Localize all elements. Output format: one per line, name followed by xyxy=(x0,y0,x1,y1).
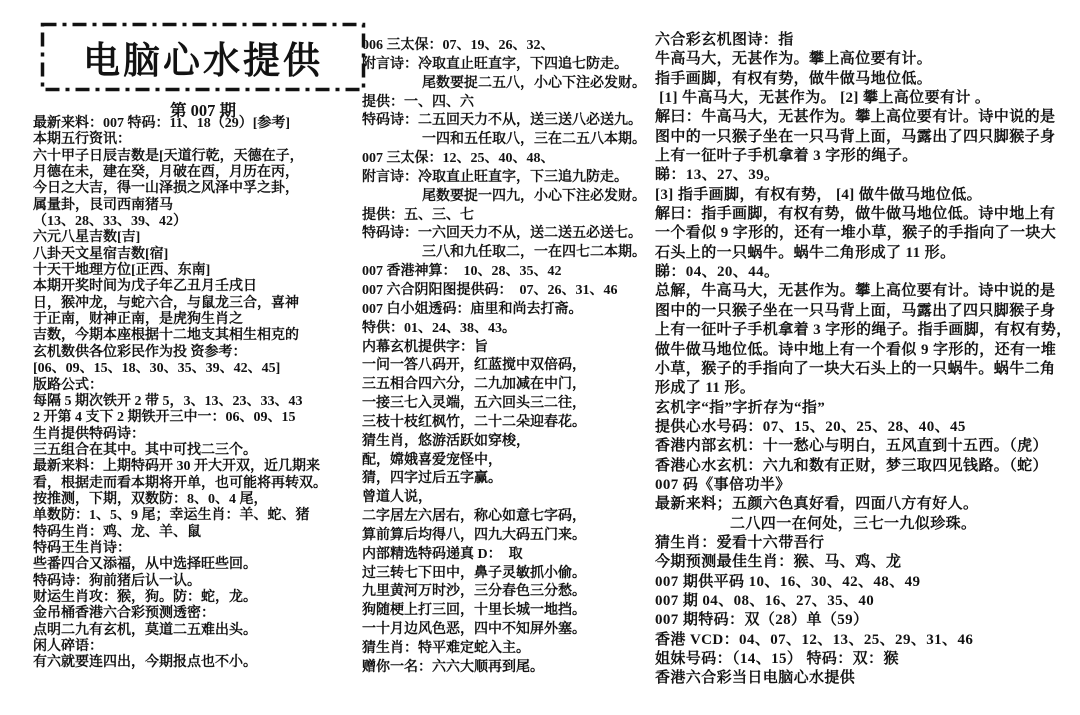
text-line: 牛高马大，无甚作为。攀上高位要有计。 xyxy=(655,50,1079,69)
text-line: 睇：04、20、44。 xyxy=(655,263,1079,282)
text-line: 版路公式： xyxy=(33,378,363,394)
text-line: 十天干地理方位[正西、东南] xyxy=(33,263,363,279)
text-line: 图中的一只猴子坐在一只马背上面，马露出了四只脚猴子身 xyxy=(655,302,1079,321)
text-line: 特码诗：二五回天力不从，送三送八必送九。 xyxy=(362,112,658,131)
text-line: 最新来料：上期特码开 30 开大开双，近几期来 xyxy=(33,459,363,475)
text-line: 每隔 5 期次铁开 2 带 5，3、13、23、33、43 xyxy=(33,394,363,410)
lottery-tip-sheet: 电脑心水提供 第 007 期 最新来料：007 特码：11、18（29）[参考]… xyxy=(0,0,1080,715)
text-line: 附言诗：冷取直止旺直字，下四追七防走。 xyxy=(362,56,658,75)
text-line: 按推测，下期，双数防：8、0、4 尾， xyxy=(33,492,363,508)
text-line: 今日之大吉，得一山泽损之风泽中孚之卦， xyxy=(33,181,363,197)
text-line: 看，根据走而看本期将开单，也可能将再转双。 xyxy=(33,476,363,492)
text-line: 香港心水玄机：六九和数有正财，梦三取四见钱路。（蛇） xyxy=(655,457,1079,476)
text-line: 于正南，财神正南，是虎狗生肖之 xyxy=(33,312,363,328)
text-line: 石头上的一只蜗牛。蜗牛二角形成了 11 形。 xyxy=(655,244,1079,263)
page-title: 电脑心水提供 xyxy=(40,22,366,92)
text-line: 007 期供平码 10、16、30、42、48、49 xyxy=(655,573,1079,592)
text-line: 指手画脚，有权有势，做牛做马地位低。 xyxy=(655,70,1079,89)
text-line: 一四和五任取八，三在二五八本期。 xyxy=(362,131,658,150)
text-line: 赠你一名：六六大顺再到尾。 xyxy=(362,659,658,678)
text-line: 点明二九有玄机，莫道二五难出头。 xyxy=(33,623,363,639)
text-line: 姐妹号码：（14、15） 特码：双：猴 xyxy=(655,650,1079,669)
text-line: 属量卦，艮司西南猪马 xyxy=(33,198,363,214)
text-line: 闲人碎语： xyxy=(33,639,363,655)
text-line: 二字居左六居右，称心如意七字码， xyxy=(362,508,658,527)
text-line: 最新来料；五颜六色真好看，四面八方有好人。 xyxy=(655,495,1079,514)
text-line: 九里黄河万时沙，三分春色三分愁。 xyxy=(362,583,658,602)
text-line: 猜生肖：特平难定蛇入主。 xyxy=(362,640,658,659)
text-line: 吉数，今期本座根据十二地支其相生相克的 xyxy=(33,328,363,344)
text-line: 算前算后均得八，四九大码五门来。 xyxy=(362,527,658,546)
text-line: 形成了 11 形。 xyxy=(655,379,1079,398)
text-line: 玄机字“指”字折存为“指” xyxy=(655,399,1079,418)
text-line: 猜，四字过后五字赢。 xyxy=(362,470,658,489)
text-line: 内幕玄机提供字：旨 xyxy=(362,339,658,358)
text-line: 做牛做马地位低。诗中地上有一个看似 9 字形的，还有一堆 xyxy=(655,341,1079,360)
text-line: 三八和九任取二，一在四七二本期。 xyxy=(362,244,658,263)
text-line: [06、09、15、18、30、35、39、42、45] xyxy=(33,361,363,377)
text-line: 八卦天文星宿吉数[宿] xyxy=(33,247,363,263)
text-line: 香港 VCD：04、07、12、13、25、29、31、46 xyxy=(655,631,1079,650)
text-line: 金吊桶香港六合彩预测透密： xyxy=(33,606,363,622)
text-line: 上有一征叶子手机拿着 3 字形的绳子。 xyxy=(655,147,1079,166)
text-line: 三五组合在其中。其中可找二三个。 xyxy=(33,443,363,459)
text-line: 一接三七入灵端，五六回头三二往， xyxy=(362,395,658,414)
text-line: 上有一征叶子手机拿着 3 字形的绳子。指手画脚，有权有势， xyxy=(655,321,1079,340)
text-line: 007 期 04、08、16、27、35、40 xyxy=(655,592,1079,611)
text-line: 特供：01、24、38、43。 xyxy=(362,320,658,339)
text-line: 六元八星吉数[吉] xyxy=(33,230,363,246)
text-line: 月德在未，建在癸，月破在酉，月历在丙， xyxy=(33,165,363,181)
text-line: 六十甲子日辰吉数是[天道行乾，天德在子， xyxy=(33,149,363,165)
text-line: 解曰：指手画脚，有权有势，做牛做马地位低。诗中地上有 xyxy=(655,205,1079,224)
text-line: 本期开奖时间为戊子年乙丑月壬戌日 xyxy=(33,279,363,295)
text-line: 006 三太保：07、19、26、32、 xyxy=(362,37,658,56)
text-line: 配，嫦娥喜爱宠怪中， xyxy=(362,452,658,471)
text-line: 2 开第 4 支下 2 期铁开三中一：06、09、15 xyxy=(33,410,363,426)
text-line: 007 六合阴阳图提供码： 07、26、31、46 xyxy=(362,282,658,301)
text-line: 007 白小姐透码：庙里和尚去打斋。 xyxy=(362,301,658,320)
text-line: 一个看似 9 字形的，还有一堆小草，猴子的手指向了一块大 xyxy=(655,224,1079,243)
text-line: 一十月边风色恶，四中不知屏外塞。 xyxy=(362,621,658,640)
text-line: 六合彩玄机图诗：指 xyxy=(655,31,1079,50)
text-line: 007 码《事倍功半》 xyxy=(655,476,1079,495)
middle-column-text: 006 三太保：07、19、26、32、附言诗：冷取直止旺直字，下四追七防走。尾… xyxy=(362,37,658,678)
text-line: 睇：13、27、39。 xyxy=(655,166,1079,185)
text-line: 尾数要捉一四九，小心下注必发财。 xyxy=(362,188,658,207)
text-line: 一问一答八码开，红蓝搅中双倍码， xyxy=(362,357,658,376)
text-line: 尾数要捉二五八，小心下注必发财。 xyxy=(362,75,658,94)
text-line: 今期预测最佳生肖：猴、马、鸡、龙 xyxy=(655,553,1079,572)
text-line: 日，猴冲龙，与蛇六合，与鼠龙三合，喜神 xyxy=(33,296,363,312)
text-line: 财运生肖攻：猴，狗。防：蛇，龙。 xyxy=(33,590,363,606)
text-line: 本期五行资讯： xyxy=(33,132,363,148)
text-line: 些番四合又添福，从中选择旺些回。 xyxy=(33,557,363,573)
text-line: 三枝十枝红枫竹，二十二朵迎春花。 xyxy=(362,414,658,433)
text-line: 提供：一、四、六 xyxy=(362,94,658,113)
text-line: 猜生肖，悠游活跃如穿梭， xyxy=(362,433,658,452)
text-line: 香港六合彩当日电脑心水提供 xyxy=(655,669,1079,688)
text-line: 解曰：牛高马大，无甚作为。攀上高位要有计。诗中说的是 xyxy=(655,108,1079,127)
text-line: 图中的一只猴子坐在一只马背上面，马露出了四只脚猴子身 xyxy=(655,128,1079,147)
text-line: 特码生肖：鸡、龙、羊、鼠 xyxy=(33,525,363,541)
text-line: 附言诗：冷取直止旺直字，下三追九防走。 xyxy=(362,169,658,188)
text-line: 单数防：1、5、9 尾；幸运生肖：羊、蛇、猪 xyxy=(33,508,363,524)
text-line: 特码王生肖诗： xyxy=(33,541,363,557)
text-line: [1] 牛高马大，无甚作为。 [2] 攀上高位要有计 。 xyxy=(655,89,1079,108)
text-line: 特码诗：一六回天力不从，送二送五必送七。 xyxy=(362,225,658,244)
text-line: [3] 指手画脚，有权有势， [4] 做牛做马地位低。 xyxy=(655,186,1079,205)
text-line: 007 三太保：12、25、40、48、 xyxy=(362,150,658,169)
text-line: 内部精选特码递真 D： 取 xyxy=(362,546,658,565)
text-line: 二八四一在何处，三七一九似珍珠。 xyxy=(655,515,1079,534)
text-line: 007 期特码：双（28）单（59） xyxy=(655,611,1079,630)
text-line: 三五相合四六分，二九加减在中门， xyxy=(362,376,658,395)
text-line: 特码诗：狗前猪后认一认。 xyxy=(33,574,363,590)
text-line: 007 香港神算： 10、28、35、42 xyxy=(362,263,658,282)
text-line: 提供心水号码：07、15、20、25、28、40、45 xyxy=(655,418,1079,437)
text-line: 香港内部玄机：十一愁心与明白，五风直到十五西。（虎） xyxy=(655,437,1079,456)
text-line: 最新来料：007 特码：11、18（29）[参考] xyxy=(33,116,363,132)
title-box: 电脑心水提供 xyxy=(40,22,366,92)
text-line: 狗随梗上打三回，十里长城一地挡。 xyxy=(362,602,658,621)
right-column-text: 六合彩玄机图诗：指牛高马大，无甚作为。攀上高位要有计。指手画脚，有权有势，做牛做… xyxy=(655,31,1079,689)
text-line: （13、28、33、39、42） xyxy=(33,214,363,230)
text-line: 曾道人说， xyxy=(362,489,658,508)
text-line: 过三转七下田中，鼻子灵敏抓小偷。 xyxy=(362,565,658,584)
text-line: 生肖提供特码诗： xyxy=(33,427,363,443)
text-line: 玄机数供各位彩民作为投 资参考： xyxy=(33,345,363,361)
text-line: 有六就要连四出，今期报点也不小。 xyxy=(33,655,363,671)
text-line: 提供：五、三、七 xyxy=(362,207,658,226)
left-column-text: 最新来料：007 特码：11、18（29）[参考]本期五行资讯：六十甲子日辰吉数… xyxy=(33,116,363,672)
text-line: 总解，牛高马大，无甚作为。攀上高位要有计。诗中说的是 xyxy=(655,282,1079,301)
text-line: 猜生肖：爱看十六带吾行 xyxy=(655,534,1079,553)
text-line: 小草，猴子的手指向了一块大石头上的一只蜗牛。蜗牛二角 xyxy=(655,360,1079,379)
